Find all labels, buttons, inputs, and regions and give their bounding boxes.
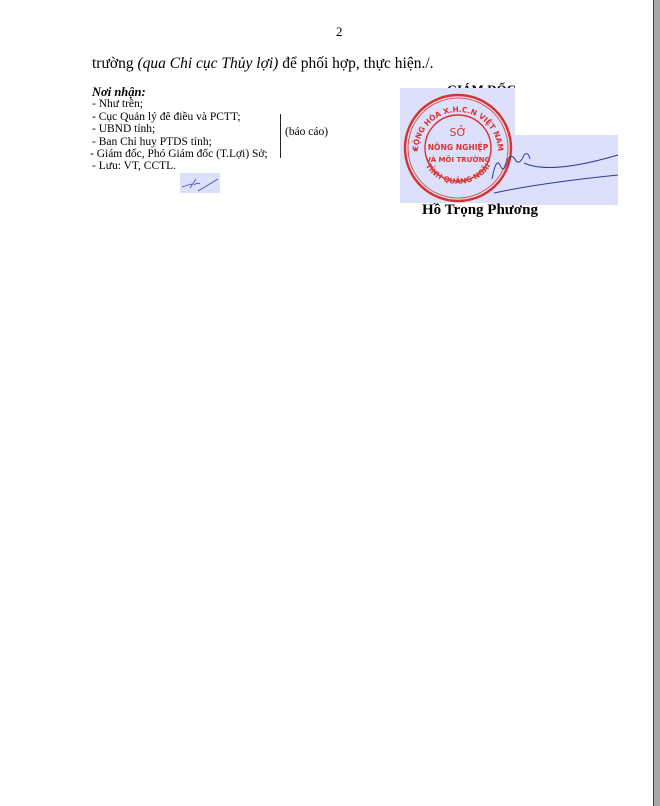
recipients-title: Nơi nhận: [92,86,268,98]
svg-text:VÀ MÔI TRƯỜNG: VÀ MÔI TRƯỜNG [426,155,491,164]
document-page: 2 trường (qua Chi cục Thủy lợi) để phối … [0,0,653,806]
recipients-bracket [280,114,281,158]
body-text-prefix: trường [92,55,137,72]
body-text: trường (qua Chi cục Thủy lợi) để phối hợ… [92,55,434,73]
recipient-item: - Cục Quản lý đê điều và PCTT; [92,111,268,123]
recipient-item: - UBND tỉnh; [92,123,268,135]
recipient-item: - Ban Chỉ huy PTDS tỉnh; [92,136,268,148]
body-text-italic: (qua Chi cục Thủy lợi) [137,55,278,72]
initial-signature [180,173,220,193]
handwritten-signature [490,135,620,205]
page-number: 2 [336,24,343,40]
svg-text:SỞ: SỞ [449,125,466,139]
recipients-block: Nơi nhận: - Như trên; - Cục Quản lý đê đ… [92,86,268,173]
svg-text:TỈNH QUẢNG NGÃI: TỈNH QUẢNG NGÃI [424,162,492,186]
recipient-item: - Như trên; [92,98,268,110]
bracket-label: (báo cáo) [285,126,328,138]
recipient-item: - Lưu: VT, CCTL. [92,160,268,172]
body-text-suffix: để phối hợp, thực hiện./. [278,55,433,72]
svg-text:NÔNG NGHIỆP: NÔNG NGHIỆP [428,143,489,152]
signer-name: Hồ Trọng Phương [422,202,538,219]
svg-text:★: ★ [412,145,419,154]
viewer-scrollbar-gutter[interactable] [653,0,660,806]
recipient-item: - Giám đốc, Phó Giám đốc (T.Lợi) Sở; [90,148,268,160]
